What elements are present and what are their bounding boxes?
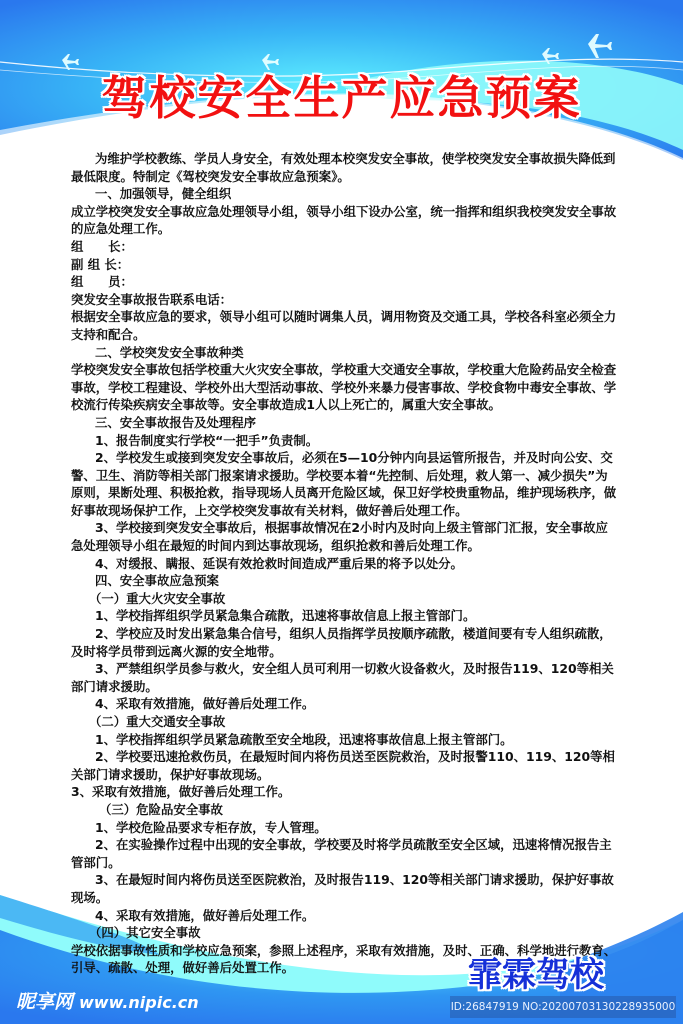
plan-paragraph: 3、严禁组织学员参与救火，安全组人员可利用一切救火设备救火，及时报告119、12…: [71, 660, 619, 695]
watermark-id-badge: ID:26847919 NO:20200703130228935000: [450, 996, 676, 1018]
plan-paragraph: 学校突发安全事故包括学校重大火灾安全事故，学校重大交通安全事故，学校重大危险药品…: [71, 361, 619, 414]
plan-paragraph: 1、学校指挥组织学员紧急集合疏散，迅速将事故信息上报主管部门。: [71, 607, 619, 625]
plan-paragraph: （四）其它安全事故: [71, 924, 619, 942]
plan-body: 为维护学校教练、学员人身安全，有效处理本校突发安全事故，使学校突发安全事故损失降…: [71, 150, 619, 977]
plan-paragraph: 4、对缓报、瞒报、延误有效抢救时间造成严重后果的将予以处分。: [71, 555, 619, 573]
plan-paragraph: 2、学校发生或接到突发安全事故后，必须在5—10分钟内向县运管所报告，并及时向公…: [71, 449, 619, 519]
brand-name: 霏霖驾校: [468, 947, 604, 996]
plan-paragraph: 组 员：: [71, 273, 619, 291]
plan-paragraph: 3、采取有效措施，做好善后处理工作。: [71, 783, 619, 801]
plan-paragraph: 为维护学校教练、学员人身安全，有效处理本校突发安全事故，使学校突发安全事故损失降…: [71, 150, 619, 185]
watermark-logo: 昵享网 www.nipic.cn: [16, 987, 199, 1014]
watermark-url: www.nipic.cn: [79, 993, 199, 1012]
plan-paragraph: 2、在实验操作过程中出现的安全事故，学校要及时将学员疏散至安全区域，迅速将情况报…: [71, 836, 619, 871]
plan-paragraph: 4、采取有效措施，做好善后处理工作。: [71, 695, 619, 713]
plan-paragraph: 四、安全事故应急预案: [71, 572, 619, 590]
plan-paragraph: 副 组 长：: [71, 256, 619, 274]
poster-title: 驾校安全生产应急预案: [0, 62, 683, 128]
plan-paragraph: 一、加强领导，健全组织: [71, 185, 619, 203]
plan-paragraph: 三、安全事故报告及处理程序: [71, 414, 619, 432]
plan-paragraph: 成立学校突发安全事故应急处理领导小组，领导小组下设办公室，统一指挥和组织我校突发…: [71, 203, 619, 238]
plan-paragraph: 根据安全事故应急的要求，领导小组可以随时调集人员，调用物资及交通工具，学校各科室…: [71, 308, 619, 343]
plan-paragraph: 二、学校突发安全事故种类: [71, 344, 619, 362]
plan-paragraph: 组 长：: [71, 238, 619, 256]
plan-paragraph: 3、在最短时间内将伤员送至医院救治，及时报告119、120等相关部门请求援助，保…: [71, 871, 619, 906]
plan-paragraph: 突发安全事故报告联系电话：: [71, 291, 619, 309]
plan-paragraph: （三）危险品安全事故: [71, 801, 619, 819]
plan-paragraph: 1、报告制度实行学校“一把手”负责制。: [71, 432, 619, 450]
watermark-logo-text: 昵享网: [16, 987, 73, 1014]
plan-paragraph: 2、学校要迅速抢救伤员，在最短时间内将伤员送至医院救治，及时报警110、119、…: [71, 748, 619, 783]
plan-paragraph: 1、学校指挥组织学员紧急疏散至安全地段，迅速将事故信息上报主管部门。: [71, 731, 619, 749]
plan-paragraph: （一）重大火灾安全事故: [71, 590, 619, 608]
plan-paragraph: 1、学校危险品要求专柜存放，专人管理。: [71, 819, 619, 837]
plan-paragraph: 4、采取有效措施，做好善后处理工作。: [71, 907, 619, 925]
plan-paragraph: 2、学校应及时发出紧急集合信号，组织人员指挥学员按顺序疏散，楼道间要有专人组织疏…: [71, 625, 619, 660]
plan-paragraph: （二）重大交通安全事故: [71, 713, 619, 731]
plan-paragraph: 3、学校接到突发安全事故后，根据事故情况在2小时内及时向上级主管部门汇报，安全事…: [71, 519, 619, 554]
